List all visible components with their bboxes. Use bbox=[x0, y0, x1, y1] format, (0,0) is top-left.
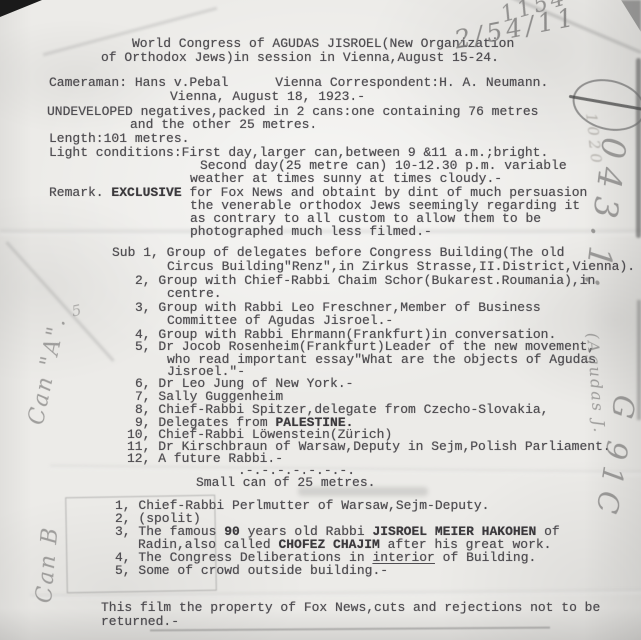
paper-edge-shadow-right bbox=[636, 58, 641, 238]
typed-line: Vienna, August 18, 1923.- bbox=[170, 90, 365, 103]
pencil-note-can-b: Can B bbox=[32, 525, 64, 604]
text-segment: of Building. bbox=[435, 550, 536, 565]
crease-bottom-edge bbox=[150, 627, 550, 632]
margin-archive-name: (Agudas J. bbox=[583, 332, 609, 435]
pencil-scribble: 5 bbox=[70, 301, 83, 321]
typed-line: Cameraman: Hans v.Pebal Vienna Correspon… bbox=[49, 76, 548, 89]
scanned-document-page: World Congress of AGUDAS JISROEL(New Org… bbox=[0, 0, 641, 640]
typed-line: Circus Building"Renz",in Zirkus Strasse,… bbox=[167, 260, 635, 273]
torn-corner-top-left bbox=[0, 0, 42, 17]
typed-line: and the other 25 metres. bbox=[130, 118, 317, 131]
typed-line: This film the property of Fox News,cuts … bbox=[101, 601, 600, 614]
typed-line: Small can of 25 metres. bbox=[196, 476, 375, 489]
pencil-note-can-a: Can "A". bbox=[24, 314, 71, 427]
typed-line: Length:101 metres. bbox=[49, 132, 189, 145]
shadow-corner-top-right bbox=[616, 0, 641, 32]
typed-line: Sub 1, Group of delegates before Congres… bbox=[112, 246, 564, 259]
typed-line: returned.- bbox=[101, 615, 179, 628]
text-segment: Remark. bbox=[49, 185, 111, 200]
typed-line: Committee of Agudas Jisroel.- bbox=[167, 314, 393, 327]
dash-stroke bbox=[569, 95, 641, 111]
circled-dash-mark bbox=[567, 72, 641, 138]
typed-line: centre. bbox=[167, 287, 222, 300]
typed-line: photographed much less filmed.- bbox=[190, 225, 432, 238]
typed-line: weather at times sunny at times cloudy.- bbox=[190, 172, 502, 185]
typed-line: of Orthodox Jews)in session in Vienna,Au… bbox=[101, 51, 499, 64]
pencil-bracket-box bbox=[65, 495, 217, 594]
emphasized-text: EXCLUSIVE bbox=[111, 185, 181, 200]
